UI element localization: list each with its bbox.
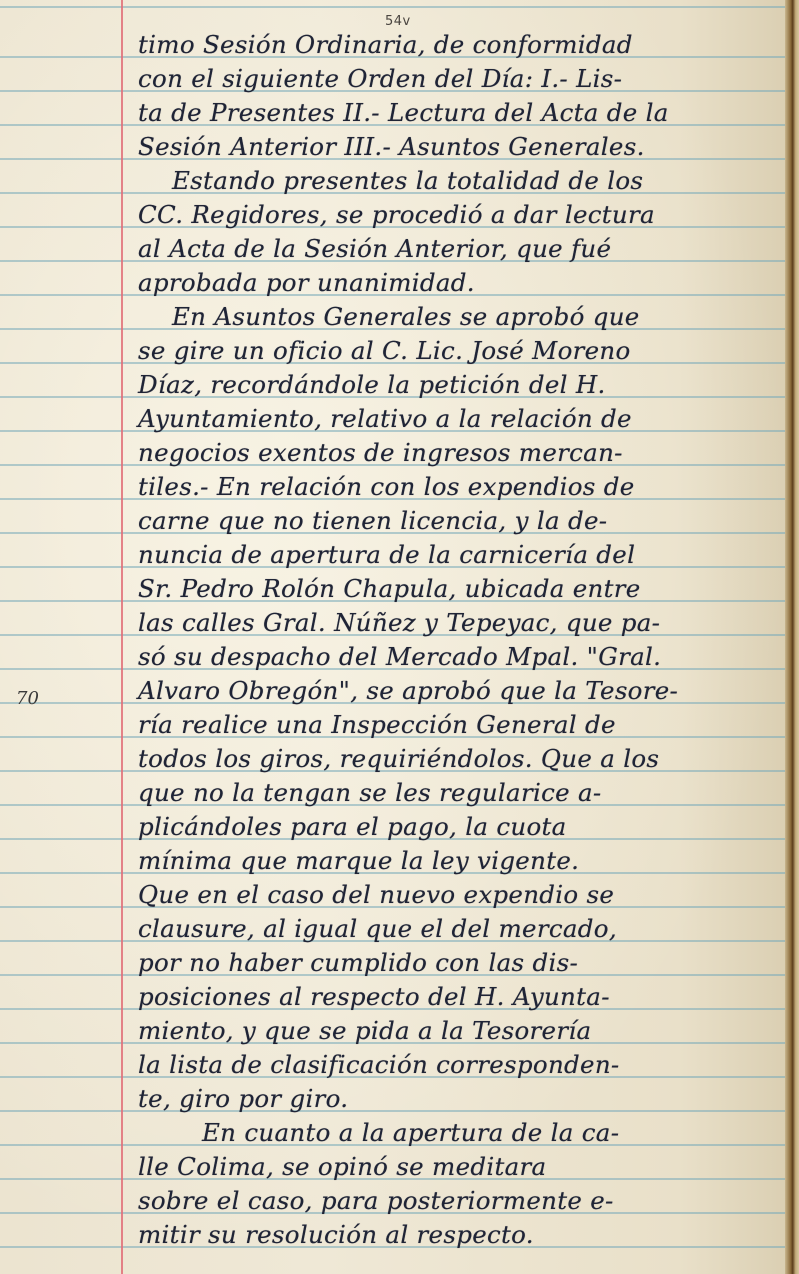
text-line: Ayuntamiento, relativo a la relación de bbox=[138, 402, 788, 436]
text-line: posiciones al respecto del H. Ayunta- bbox=[138, 980, 788, 1014]
text-line: Que en el caso del nuevo expendio se bbox=[138, 878, 788, 912]
text-line: todos los giros, requiriéndolos. Que a l… bbox=[138, 742, 788, 776]
text-line: la lista de clasificación corresponden- bbox=[138, 1048, 788, 1082]
text-line: por no haber cumplido con las dis- bbox=[138, 946, 788, 980]
text-line: ría realice una Inspección General de bbox=[138, 708, 788, 742]
text-line: timo Sesión Ordinaria, de conformidad bbox=[138, 28, 788, 62]
margin-annotation: 70 bbox=[16, 688, 39, 709]
paragraph-start-line: En Asuntos Generales se aprobó que bbox=[138, 300, 788, 334]
text-line: las calles Gral. Núñez y Tepeyac, que pa… bbox=[138, 606, 788, 640]
text-line: Díaz, recordándole la petición del H. bbox=[138, 368, 788, 402]
text-line: Sesión Anterior III.- Asuntos Generales. bbox=[138, 130, 788, 164]
text-line: CC. Regidores, se procedió a dar lectura bbox=[138, 198, 788, 232]
text-line: con el siguiente Orden del Día: I.- Lis- bbox=[138, 62, 788, 96]
notebook-page: 54v 70 timo Sesión Ordinaria, de conform… bbox=[0, 0, 799, 1274]
text-line: mitir su resolución al respecto. bbox=[138, 1218, 788, 1252]
text-line: miento, y que se pida a la Tesorería bbox=[138, 1014, 788, 1048]
text-line: mínima que marque la ley vigente. bbox=[138, 844, 788, 878]
text-line: aprobada por unanimidad. bbox=[138, 266, 788, 300]
text-line: lle Colima, se opinó se meditara bbox=[138, 1150, 788, 1184]
text-line: que no la tengan se les regularice a- bbox=[138, 776, 788, 810]
red-margin-line bbox=[121, 0, 123, 1274]
text-line: ta de Presentes II.- Lectura del Acta de… bbox=[138, 96, 788, 130]
text-line: plicándoles para el pago, la cuota bbox=[138, 810, 788, 844]
text-line: só su despacho del Mercado Mpal. "Gral. bbox=[138, 640, 788, 674]
paragraph-start-line: En cuanto a la apertura de la ca- bbox=[138, 1116, 788, 1150]
text-line: sobre el caso, para posteriormente e- bbox=[138, 1184, 788, 1218]
text-line: al Acta de la Sesión Anterior, que fué bbox=[138, 232, 788, 266]
text-line: tiles.- En relación con los expendios de bbox=[138, 470, 788, 504]
text-line: negocios exentos de ingresos mercan- bbox=[138, 436, 788, 470]
text-line: clausure, al igual que el del mercado, bbox=[138, 912, 788, 946]
text-line: Sr. Pedro Rolón Chapula, ubicada entre bbox=[138, 572, 788, 606]
text-line: te, giro por giro. bbox=[138, 1082, 788, 1116]
folio-number: 54v bbox=[385, 14, 411, 29]
paragraph-start-line: Estando presentes la totalidad de los bbox=[138, 164, 788, 198]
handwritten-minutes-body: timo Sesión Ordinaria, de conformidad co… bbox=[138, 28, 788, 1252]
text-line: Alvaro Obregón", se aprobó que la Tesore… bbox=[138, 674, 788, 708]
text-line: se gire un oficio al C. Lic. José Moreno bbox=[138, 334, 788, 368]
text-line: carne que no tienen licencia, y la de- bbox=[138, 504, 788, 538]
text-line: nuncia de apertura de la carnicería del bbox=[138, 538, 788, 572]
